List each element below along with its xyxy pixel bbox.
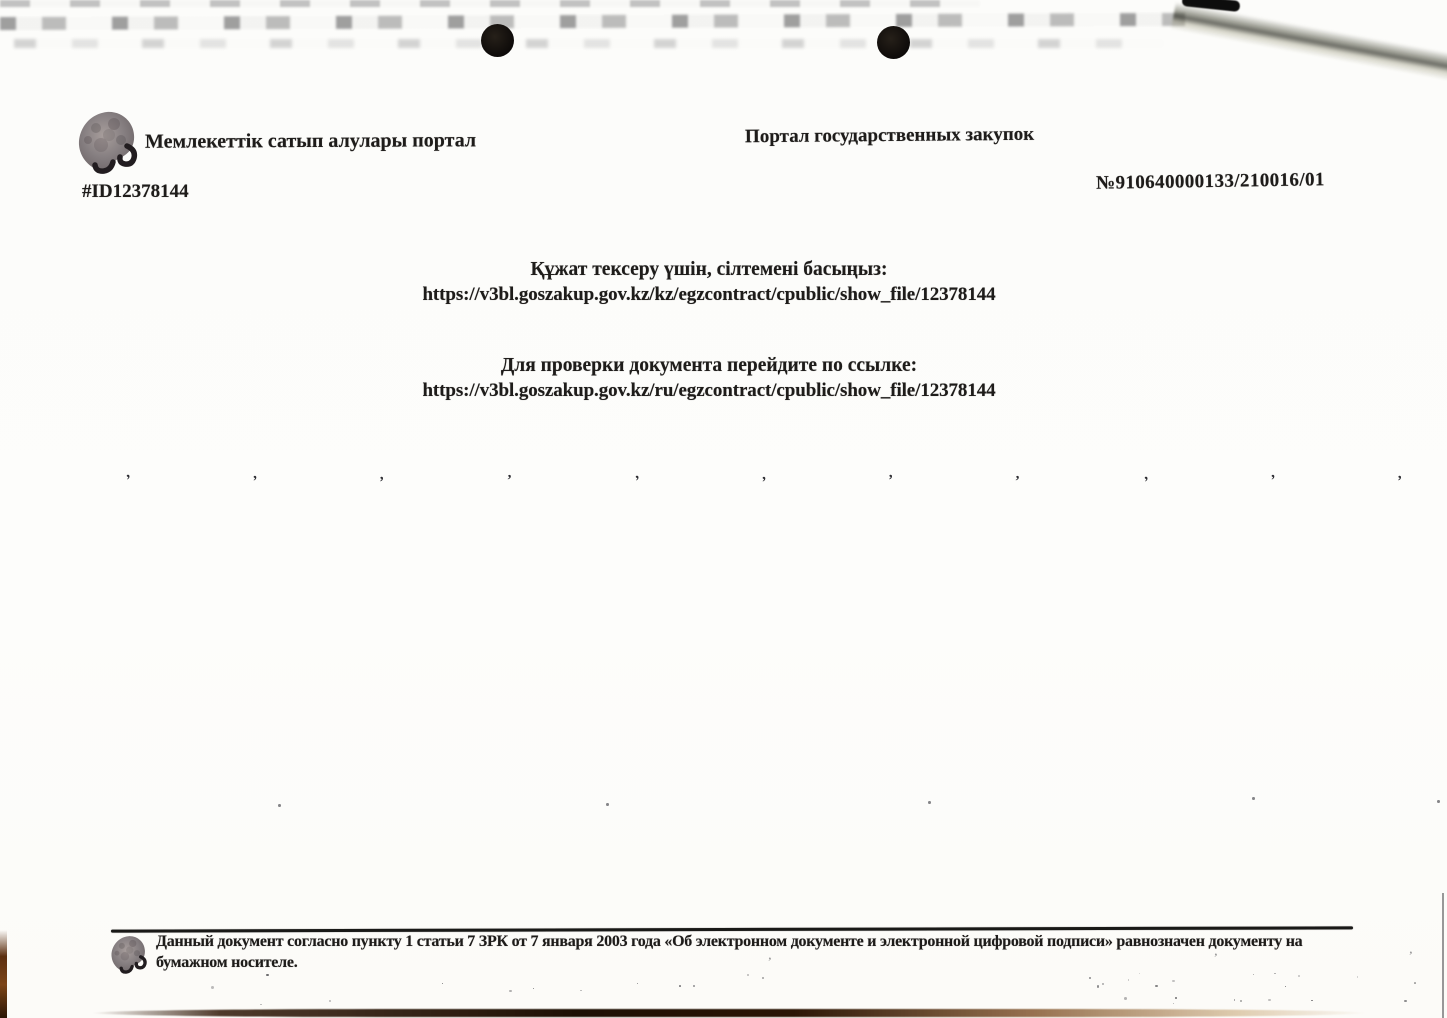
scan-comma-mark: ‚: [1214, 946, 1218, 958]
scan-right-edge-line: [1442, 893, 1444, 1018]
scan-speckle: [1173, 1003, 1174, 1004]
scan-comma-mark: ‚: [1396, 466, 1402, 483]
scan-dot-mark: [606, 803, 609, 806]
portal-title-kk: Мемлекеттік сатып алулары портал: [145, 129, 476, 153]
scan-bottom-shadow-band: [92, 1009, 1367, 1017]
scan-speckle: [1139, 973, 1140, 974]
scan-comma-mark: ‚: [379, 467, 385, 484]
scan-speckle: [1234, 999, 1236, 1001]
scan-speckle: [762, 977, 764, 979]
scan-speckle: [1155, 985, 1157, 987]
scan-speckle: [637, 983, 638, 984]
portal-title-ru: Портал государственных закупок: [745, 124, 1034, 149]
scan-speckle: [1253, 974, 1255, 976]
scan-comma-mark: ‚: [768, 950, 772, 962]
verify-instruction-kk: Құжат тексеру үшін, сілтемені басыңыз:: [0, 257, 1418, 282]
scan-comma-mark: ‚: [251, 466, 259, 484]
scan-speckle: [1240, 1000, 1242, 1002]
scan-dot-mark: [928, 801, 931, 804]
scan-comma-mark: ‚: [1141, 467, 1150, 485]
scan-speckle: [1274, 973, 1276, 975]
hole-punch-right: [877, 26, 910, 59]
scan-noise-streak-lower: [14, 39, 1164, 48]
scan-speckle: [266, 974, 269, 977]
footer-separator-rule: [111, 926, 1353, 932]
scan-speckle: [1172, 980, 1174, 982]
scan-speckle: [1097, 985, 1099, 987]
scan-dot-mark: [1437, 800, 1440, 803]
contract-number: №910640000133/210016/01: [1096, 169, 1325, 195]
scan-speckle: [442, 983, 443, 984]
scan-speckle: [1175, 997, 1178, 1000]
scan-comma-mark: ‚: [1015, 466, 1020, 483]
verify-instruction-ru: Для проверки документа перейдите по ссыл…: [0, 353, 1418, 378]
scan-page-edge-diagonal: [1171, 2, 1447, 102]
scan-comma-mark: ‚: [123, 465, 132, 483]
scan-speckle: [580, 990, 581, 991]
scan-speckle: [1285, 986, 1286, 987]
scan-speckle: [1404, 1000, 1406, 1002]
footer-logo-icon: [107, 935, 150, 975]
scan-left-edge-strip: [0, 930, 7, 1018]
scan-comma-mark: ‚: [1268, 465, 1276, 483]
verification-block-kk: Құжат тексеру үшін, сілтемені басыңыз: h…: [0, 257, 1418, 307]
scan-speckle: [1124, 997, 1127, 1000]
scan-noise-streak-upper: [0, 13, 1185, 30]
scan-comma-mark: ‚: [1409, 944, 1413, 956]
scan-comma-mark: ‚: [506, 465, 511, 482]
scan-noise-top-edge: [0, 0, 980, 7]
portal-logo-icon: [76, 110, 138, 176]
scan-dot-mark: [1252, 797, 1255, 800]
scan-speckle: [693, 985, 696, 988]
verify-url-kk: https://v3bl.goszakup.gov.kz/kz/egzcontr…: [0, 282, 1418, 307]
footer-note-line1: Данный документ согласно пункту 1 статьи…: [156, 933, 1302, 951]
scan-speckle: [1311, 1000, 1312, 1001]
scan-speckle: [1414, 982, 1416, 984]
verification-block-ru: Для проверки документа перейдите по ссыл…: [0, 353, 1418, 403]
scan-speckle: [1268, 999, 1271, 1002]
footer-note-line2: бумажном носителе.: [156, 954, 297, 972]
scan-speckle: [747, 974, 749, 976]
scan-speckle: [533, 988, 534, 989]
scan-speckle: [211, 986, 214, 989]
hole-punch-left: [481, 24, 514, 57]
verify-url-ru: https://v3bl.goszakup.gov.kz/ru/egzcontr…: [0, 378, 1418, 403]
document-id: #ID12378144: [82, 181, 189, 203]
scan-speckle: [1089, 977, 1091, 979]
scan-speckle: [1298, 975, 1300, 977]
scan-dot-mark: [278, 804, 281, 807]
scan-speckle: [1128, 979, 1130, 981]
scan-speckle: [260, 1004, 262, 1006]
scan-speckle: [329, 1000, 331, 1002]
scan-speckle: [509, 990, 511, 992]
scan-speckle: [1102, 983, 1103, 984]
scan-comma-mark: ‚: [632, 466, 641, 484]
scan-comma-mark: ‚: [888, 465, 894, 482]
scan-speckle: [1357, 976, 1358, 977]
scanned-document-page: Мемлекеттік сатып алулары портал Портал …: [0, 0, 1447, 1018]
scan-speckle: [679, 985, 681, 987]
scan-comma-mark: ‚: [760, 467, 768, 485]
